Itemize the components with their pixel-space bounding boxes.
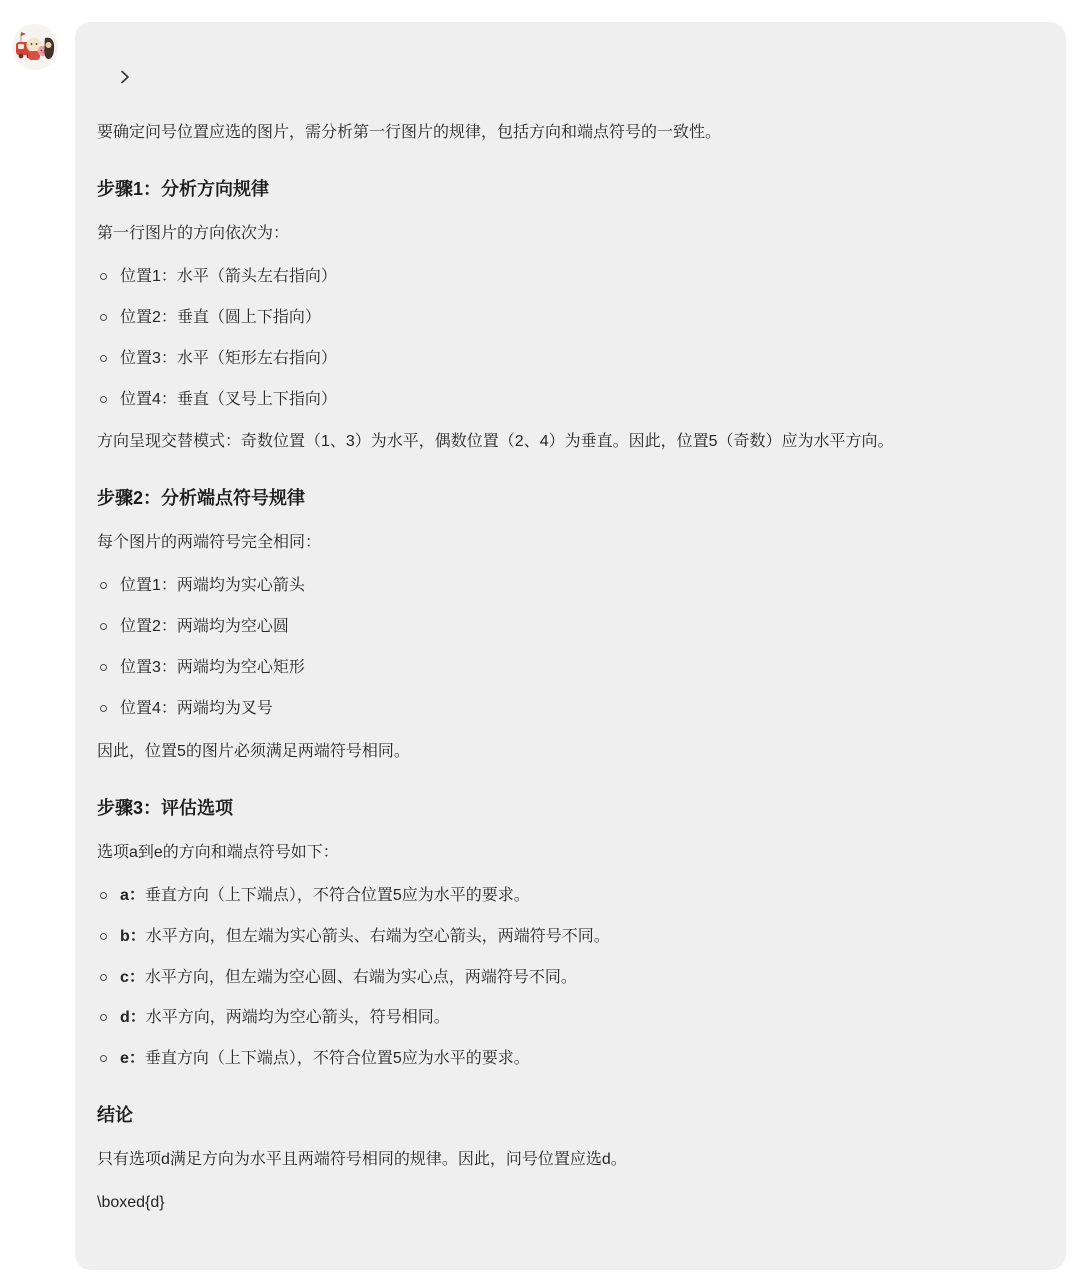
- assistant-avatar: [12, 24, 58, 70]
- chat-page: 要确定问号位置应选的图片，需分析第一行图片的规律，包括方向和端点符号的一致性。 …: [0, 0, 1080, 1281]
- list-item-text: b：水平方向，但左端为实心箭头、右端为空心箭头，两端符号不同。: [120, 924, 610, 950]
- list-item-text: 位置1：水平（箭头左右指向）: [120, 264, 337, 290]
- section-footer: 因此，位置5的图片必须满足两端符号相同。: [97, 739, 1044, 765]
- bullet-circle-icon: [100, 396, 107, 403]
- option-letter: c：: [120, 969, 145, 986]
- bullet-circle-icon: [100, 1055, 107, 1062]
- section-heading: 步骤2：分析端点符号规律: [97, 485, 1044, 512]
- list-item: 位置2：两端均为空心圆: [97, 614, 1044, 640]
- section-heading: 步骤1：分析方向规律: [97, 176, 1044, 203]
- option-letter: b：: [120, 928, 146, 945]
- list-item-text: d：水平方向，两端均为空心箭头，符号相同。: [120, 1005, 450, 1031]
- intro-paragraph: 要确定问号位置应选的图片，需分析第一行图片的规律，包括方向和端点符号的一致性。: [97, 120, 1044, 146]
- list-item: 位置1：两端均为实心箭头: [97, 573, 1044, 599]
- list-item: 位置4：垂直（叉号上下指向）: [97, 387, 1044, 413]
- section-lead: 第一行图片的方向依次为：: [97, 221, 1044, 247]
- section-footer: \boxed{d}: [97, 1190, 1044, 1216]
- bullet-circle-icon: [100, 623, 107, 630]
- list-item-text: 位置3：水平（矩形左右指向）: [120, 346, 337, 372]
- list-item-text: c：水平方向，但左端为空心圆、右端为实心点，两端符号不同。: [120, 965, 577, 991]
- section-heading: 结论: [97, 1102, 1044, 1129]
- section-footer: 方向呈现交替模式：奇数位置（1、3）为水平，偶数位置（2、4）为垂直。因此，位置…: [97, 429, 1044, 455]
- bullet-list: 位置1：两端均为实心箭头位置2：两端均为空心圆位置3：两端均为空心矩形位置4：两…: [97, 573, 1044, 722]
- list-item: b：水平方向，但左端为实心箭头、右端为空心箭头，两端符号不同。: [97, 924, 1044, 950]
- list-item-text: e：垂直方向（上下端点），不符合位置5应为水平的要求。: [120, 1046, 530, 1072]
- list-item-text: 位置3：两端均为空心矩形: [120, 655, 305, 681]
- section-conclusion: 结论只有选项d满足方向为水平且两端符号相同的规律。因此，问号位置应选d。\box…: [97, 1102, 1044, 1216]
- section-step3: 步骤3：评估选项选项a到e的方向和端点符号如下：a：垂直方向（上下端点），不符合…: [97, 795, 1044, 1072]
- list-item-text: 位置4：两端均为叉号: [120, 696, 273, 722]
- option-letter: e：: [120, 1050, 145, 1067]
- list-item-text: a：垂直方向（上下端点），不符合位置5应为水平的要求。: [120, 883, 530, 909]
- section-lead: 选项a到e的方向和端点符号如下：: [97, 840, 1044, 866]
- bullet-circle-icon: [100, 892, 107, 899]
- list-item-text: 位置1：两端均为实心箭头: [120, 573, 305, 599]
- list-item: d：水平方向，两端均为空心箭头，符号相同。: [97, 1005, 1044, 1031]
- section-step2: 步骤2：分析端点符号规律每个图片的两端符号完全相同：位置1：两端均为实心箭头位置…: [97, 485, 1044, 764]
- chevron-right-icon[interactable]: [117, 69, 133, 85]
- assistant-message-card: 要确定问号位置应选的图片，需分析第一行图片的规律，包括方向和端点符号的一致性。 …: [75, 22, 1066, 1270]
- option-letter: d：: [120, 1009, 146, 1026]
- bullet-circle-icon: [100, 705, 107, 712]
- avatar-illustration-icon: [12, 24, 58, 70]
- list-item: 位置1：水平（箭头左右指向）: [97, 264, 1044, 290]
- option-letter: a：: [120, 887, 145, 904]
- section-lead: 每个图片的两端符号完全相同：: [97, 530, 1044, 556]
- section-step1: 步骤1：分析方向规律第一行图片的方向依次为：位置1：水平（箭头左右指向）位置2：…: [97, 176, 1044, 455]
- bullet-circle-icon: [100, 664, 107, 671]
- bullet-circle-icon: [100, 314, 107, 321]
- list-item-text: 位置2：两端均为空心圆: [120, 614, 289, 640]
- bullet-circle-icon: [100, 273, 107, 280]
- sections: 步骤1：分析方向规律第一行图片的方向依次为：位置1：水平（箭头左右指向）位置2：…: [97, 176, 1044, 1216]
- bullet-circle-icon: [100, 355, 107, 362]
- list-item-text: 位置2：垂直（圆上下指向）: [120, 305, 321, 331]
- list-item: e：垂直方向（上下端点），不符合位置5应为水平的要求。: [97, 1046, 1044, 1072]
- list-item: a：垂直方向（上下端点），不符合位置5应为水平的要求。: [97, 883, 1044, 909]
- list-item-text: 位置4：垂直（叉号上下指向）: [120, 387, 337, 413]
- bullet-circle-icon: [100, 582, 107, 589]
- list-item: 位置3：水平（矩形左右指向）: [97, 346, 1044, 372]
- bullet-list: 位置1：水平（箭头左右指向）位置2：垂直（圆上下指向）位置3：水平（矩形左右指向…: [97, 264, 1044, 413]
- message-body: 要确定问号位置应选的图片，需分析第一行图片的规律，包括方向和端点符号的一致性。 …: [97, 120, 1044, 1216]
- bullet-circle-icon: [100, 1014, 107, 1021]
- reasoning-toggle[interactable]: [117, 68, 1044, 86]
- list-item: 位置4：两端均为叉号: [97, 696, 1044, 722]
- bullet-circle-icon: [100, 933, 107, 940]
- bullet-list: a：垂直方向（上下端点），不符合位置5应为水平的要求。b：水平方向，但左端为实心…: [97, 883, 1044, 1073]
- list-item: 位置3：两端均为空心矩形: [97, 655, 1044, 681]
- section-lead: 只有选项d满足方向为水平且两端符号相同的规律。因此，问号位置应选d。: [97, 1147, 1044, 1173]
- bullet-circle-icon: [100, 974, 107, 981]
- list-item: 位置2：垂直（圆上下指向）: [97, 305, 1044, 331]
- section-heading: 步骤3：评估选项: [97, 795, 1044, 822]
- list-item: c：水平方向，但左端为空心圆、右端为实心点，两端符号不同。: [97, 965, 1044, 991]
